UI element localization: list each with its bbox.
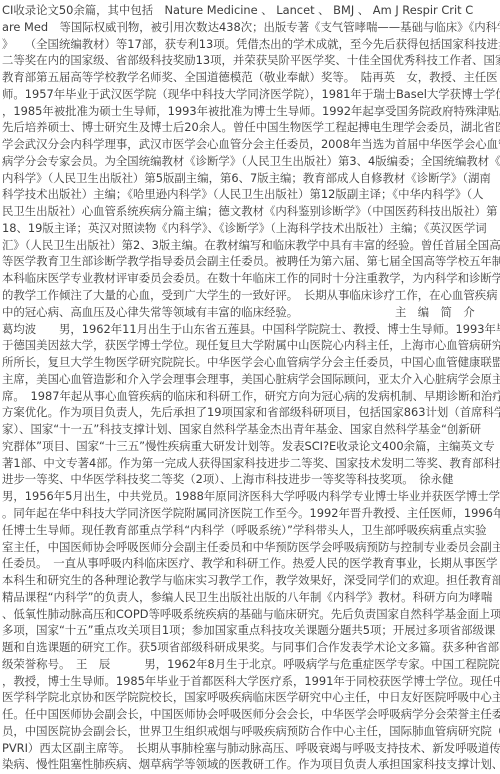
text-line-5: 教育部第五届高等学校教学名师奖、全国道德模范（敬业奉献）奖等。 陆再英 女，教授… [2, 69, 500, 86]
text-line-42: 医学科学院北京协和医学院院校长，国家呼吸疾病临床医学研究中心主任，中日友好医院呼… [2, 689, 500, 706]
text-line-21: 于德国美因兹大学，获医学博士学位。现任复旦大学附属中山医院心内科主任，上海市心血… [2, 337, 500, 354]
text-line-4: 二等奖在内的国家级、省部级科技奖励13项，并荣获吴阶平医学奖、十佳全国优秀科技工… [2, 52, 500, 69]
text-line-45: PVRI）西太区副主席等。 长期从事肺栓塞与肺动脉高压、呼吸衰竭与呼吸支持技术、… [2, 740, 500, 757]
text-line-13: 民卫生出版社）心血管系统疾病分篇主编；德文教材《内科鉴别诊断学》（中国医药科技出… [2, 203, 500, 220]
text-line-28: 著1部、中文专著4部。作为第一完成人获得国家科技进步二等奖、国家技术发明二等奖、… [2, 455, 500, 472]
text-line-35: 本科生和研究生的各种理论教学与临床实习教学工作，教学效果好，深受同学们的欢迎。担… [2, 572, 500, 589]
text-line-2: are Med 等国际权威刊物，被引用次数达438次；出版专著《支气管哮喘——基… [2, 19, 500, 36]
text-line-17: 本科临床医学专业教材评审委员会委员。在数十年临床工作的同时十分注重教学，为内科学… [2, 270, 500, 287]
text-line-33: 室主任，中国医师协会呼吸医师分会副主任委员和中华预防医学会呼吸病预防与控制专业委… [2, 539, 500, 556]
text-line-41: ，教授，博士生导师。1985年毕业于首都医科大学医疗系，1991年于同校获医学博… [2, 673, 500, 690]
text-line-19: 中的冠心病、高血压及心律失常等领域有丰富的临床经验。 主 编 简 介 [2, 304, 500, 321]
text-line-9: 学会武汉分会内科学理事，武汉市医学会心血管分会主任委员，2008年当选为首届中华… [2, 136, 500, 153]
text-line-11: 内科学》（人民卫生出版社）第5版副主编，第6、7版主编；教育部成人自修教材《诊断… [2, 170, 500, 187]
text-line-25: 方案优化。作为项目负责人，先后承担了19项国家和省部级科研项目，包括国家863计… [2, 404, 500, 421]
text-line-14: 18、19版主译；英汉对照读物《内科学》、《诊断学》（上海科学技术出版社）主编；… [2, 220, 500, 237]
document-text: CI收录论文50余篇，其中包括 Nature Medicine 、 Lancet… [2, 2, 500, 773]
text-line-1: CI收录论文50余篇，其中包括 Nature Medicine 、 Lancet… [2, 2, 500, 19]
text-line-46: 染病、慢性阻塞性肺疾病、烟草病学等领域的医教研工作。作为项目负责人承担国家科技支… [2, 756, 500, 773]
text-line-8: 先后培养硕士、博士研究生及博士后20余人。曾任中国生物医学工程起搏电生理学会委员… [2, 119, 500, 136]
text-line-12: 科学技术出版社）主编；《哈里逊内科学》（人民卫生出版社）第12版副主译；《中华内… [2, 186, 500, 203]
text-line-20: 葛均波 男，1962年11月出生于山东省五莲县。中国科学院院士、教授、博士生导师… [2, 321, 500, 338]
text-line-32: 任博士生导师。现任教育部重点学科“内科学（呼吸系统）”学科带头人，卫生部呼吸疾病… [2, 522, 500, 539]
text-line-24: 席。 1987年起从事心血管疾病的临床和科研工作，研究方向为冠心病的发病机制、早… [2, 388, 500, 405]
text-line-37: 、低氧性肺动脉高压和COPD等呼吸系统疾病的基础与临床研究。先后负责国家自然科学… [2, 606, 500, 623]
text-line-43: 任。任中国医师协会副会长，中国医师协会呼吸医师分会会长，中华医学会呼吸病学分会荣… [2, 706, 500, 723]
text-line-31: 。同年起在华中科技大学同济医学院附属同济医院工作至今。1992年晋升教授、主任医… [2, 505, 500, 522]
text-line-16: 等医学教育卫生部诊断学教学指导委员会副主任委员。被聘任为第六届、第七届全国高等学… [2, 253, 500, 270]
document-page: CI收录论文50余篇，其中包括 Nature Medicine 、 Lancet… [0, 0, 500, 774]
text-line-15: 汇》（人民卫生出版社）第2、3版主编。在教材编写和临床教学中具有丰富的经验。曾任… [2, 237, 500, 254]
text-line-7: ，1985年被批准为硕士生导师，1993年被批准为博士生导师。1992年起享受国… [2, 103, 500, 120]
text-line-29: 进步一等奖、中华医学科技奖二等奖（2项）、上海市科技进步一等奖等科技奖项。 徐永… [2, 471, 500, 488]
text-line-6: 师。1957年毕业于武汉医学院（现华中科技大学同济医学院），1981年于瑞士Ba… [2, 86, 500, 103]
text-line-44: 员，中国医院协会副会长，世界卫生组织戒烟与呼吸疾病预防合作中心主任，国际肺血管病… [2, 723, 500, 740]
text-line-30: 男，1956年5月出生，中共党员。1988年原同济医科大学呼吸内科学专业博士毕业… [2, 488, 500, 505]
text-line-3: 》 （全国统编教材）等17部，获专利13项。凭借杰出的学术成就，至今先后获得包括… [2, 36, 500, 53]
text-line-39: 题和自选课题的研究工作。获5项省部级科研成果奖。与同事们合作发表学术论文多篇。获… [2, 639, 500, 656]
text-line-18: 的教学工作倾注了大量的心血，受到广大学生的一致好评。 长期从事临床诊疗工作，在心… [2, 287, 500, 304]
text-line-38: 多项，国家“十五”重点攻关项目1项；参加国家重点科技攻关课题分题共5项；开展过多… [2, 622, 500, 639]
text-line-36: 精品课程“内科学”的负责人，参编人民卫生出版社出版的八年制《内科学》教材。科研方… [2, 589, 500, 606]
text-line-23: 主席，美国心血管造影和介入学会理事会理事，美国心脏病学会国际顾问，亚太介入心脏病… [2, 371, 500, 388]
text-line-22: 所所长，复旦大学生物医学研究院院长。中华医学会心血管病学分会主任委员，中国心血管… [2, 354, 500, 371]
text-line-40: 级荣誉称号。 王 辰 男，1962年8月生于北京。呼吸病学与危重症医学专家。中国… [2, 656, 500, 673]
text-line-10: 病学分会专家会员。为全国统编教材《诊断学》（人民卫生出版社）第3、4版编委；全国… [2, 153, 500, 170]
text-line-34: 任委员。 一直从事呼吸内科临床医疗、教学和科研工作。热爱人民的医学教育事业，长期… [2, 555, 500, 572]
text-line-26: 家）、国家“十一五”科技支撑计划、国家自然科学基金杰出青年基金、国家自然科学基金… [2, 421, 500, 438]
text-line-27: 究群体”项目、国家“十三五”慢性疾病重大研发计划等。发表SCI?E收录论文400… [2, 438, 500, 455]
